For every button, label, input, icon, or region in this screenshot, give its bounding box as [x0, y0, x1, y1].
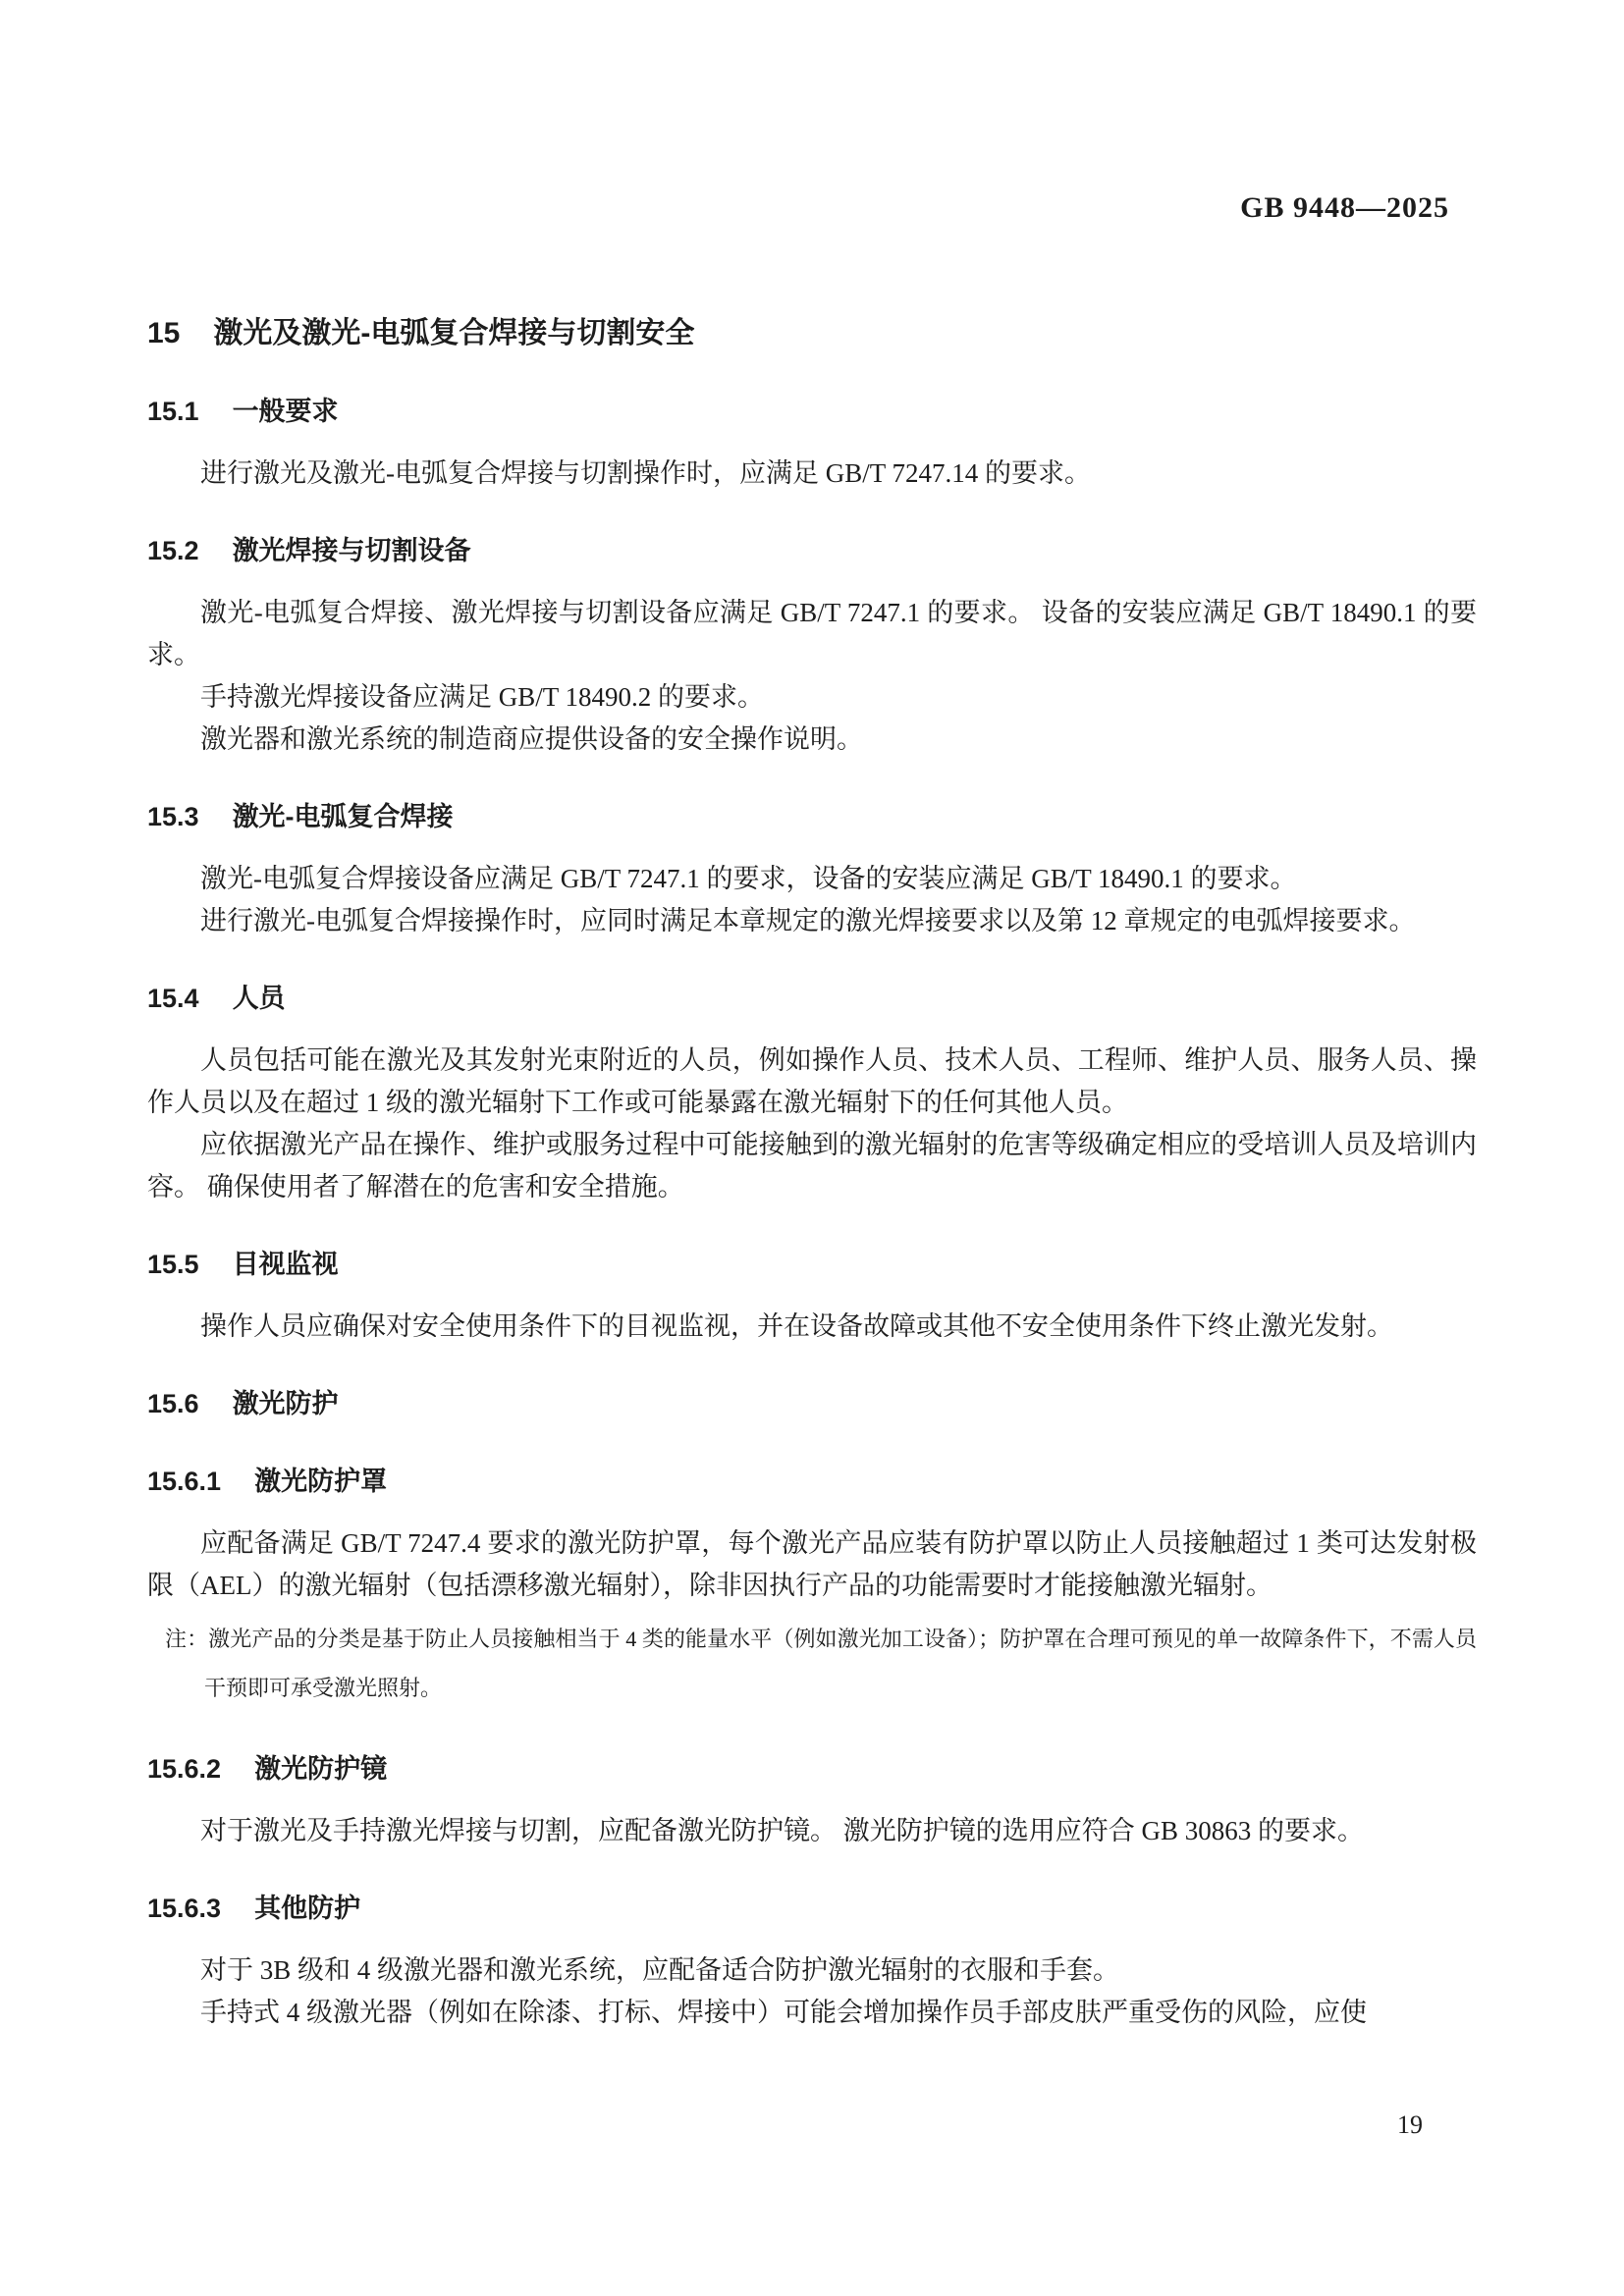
- section-15-6-2: 15.6.2激光防护镜 对于激光及手持激光焊接与切割，应配备激光防护镜。 激光防…: [147, 1748, 1477, 1852]
- section-heading: 15.5目视监视: [147, 1244, 1477, 1286]
- section-heading: 15.4人员: [147, 978, 1477, 1020]
- section-number: 15.2: [147, 530, 199, 572]
- section-heading: 15.6.1激光防护罩: [147, 1461, 1477, 1503]
- section-title: 目视监视: [233, 1250, 339, 1279]
- section-title: 激光防护镜: [254, 1754, 387, 1784]
- section-15-4: 15.4人员 人员包括可能在激光及其发射光束附近的人员，例如操作人员、技术人员、…: [147, 978, 1477, 1208]
- section-number: 15.6.2: [147, 1748, 221, 1790]
- section-number: 15.3: [147, 796, 199, 838]
- section-title: 激光防护: [233, 1389, 339, 1418]
- section-15-1: 15.1一般要求 进行激光及激光-电弧复合焊接与切割操作时，应满足 GB/T 7…: [147, 391, 1477, 495]
- section-title: 激光-电弧复合焊接: [233, 802, 454, 831]
- section-15-3: 15.3激光-电弧复合焊接 激光-电弧复合焊接设备应满足 GB/T 7247.1…: [147, 796, 1477, 942]
- section-title: 激光焊接与切割设备: [233, 536, 471, 565]
- page-number: 19: [1397, 2110, 1423, 2140]
- chapter-number: 15: [147, 312, 180, 355]
- section-number: 15.6: [147, 1383, 199, 1425]
- section-number: 15.4: [147, 978, 199, 1020]
- section-title: 一般要求: [233, 397, 339, 426]
- section-number: 15.1: [147, 391, 199, 433]
- document-page: GB 9448—2025 15激光及激光-电弧复合焊接与切割安全 15.1一般要…: [0, 0, 1624, 2296]
- section-number: 15.6.1: [147, 1461, 221, 1503]
- body-paragraph: 应依据激光产品在操作、维护或服务过程中可能接触到的激光辐射的危害等级确定相应的受…: [147, 1124, 1477, 1208]
- body-paragraph: 操作人员应确保对安全使用条件下的目视监视，并在设备故障或其他不安全使用条件下终止…: [147, 1306, 1477, 1348]
- body-paragraph: 人员包括可能在激光及其发射光束附近的人员，例如操作人员、技术人员、工程师、维护人…: [147, 1040, 1477, 1124]
- section-heading: 15.6激光防护: [147, 1383, 1477, 1425]
- body-paragraph: 激光器和激光系统的制造商应提供设备的安全操作说明。: [147, 719, 1477, 761]
- section-number: 15.5: [147, 1244, 199, 1286]
- body-paragraph: 手持式 4 级激光器（例如在除漆、打标、焊接中）可能会增加操作员手部皮肤严重受伤…: [147, 1992, 1477, 2034]
- chapter-heading: 15激光及激光-电弧复合焊接与切割安全: [147, 312, 1477, 355]
- body-paragraph: 手持激光焊接设备应满足 GB/T 18490.2 的要求。: [147, 676, 1477, 719]
- section-number: 15.6.3: [147, 1888, 221, 1930]
- section-heading: 15.6.2激光防护镜: [147, 1748, 1477, 1790]
- note-paragraph: 注：激光产品的分类是基于防止人员接触相当于 4 类的能量水平（例如激光加工设备）…: [147, 1615, 1477, 1713]
- section-heading: 15.3激光-电弧复合焊接: [147, 796, 1477, 838]
- section-heading: 15.6.3其他防护: [147, 1888, 1477, 1930]
- section-15-6-1: 15.6.1激光防护罩 应配备满足 GB/T 7247.4 要求的激光防护罩，每…: [147, 1461, 1477, 1713]
- section-15-6: 15.6激光防护: [147, 1383, 1477, 1425]
- body-paragraph: 对于 3B 级和 4 级激光器和激光系统，应配备适合防护激光辐射的衣服和手套。: [147, 1949, 1477, 1992]
- section-title: 其他防护: [254, 1894, 360, 1923]
- section-15-2: 15.2激光焊接与切割设备 激光-电弧复合焊接、激光焊接与切割设备应满足 GB/…: [147, 530, 1477, 761]
- body-paragraph: 应配备满足 GB/T 7247.4 要求的激光防护罩，每个激光产品应装有防护罩以…: [147, 1522, 1477, 1607]
- body-paragraph: 进行激光-电弧复合焊接操作时，应同时满足本章规定的激光焊接要求以及第 12 章规…: [147, 900, 1477, 942]
- section-heading: 15.1一般要求: [147, 391, 1477, 433]
- standard-number-header: GB 9448—2025: [147, 192, 1477, 224]
- section-heading: 15.2激光焊接与切割设备: [147, 530, 1477, 572]
- body-paragraph: 激光-电弧复合焊接、激光焊接与切割设备应满足 GB/T 7247.1 的要求。 …: [147, 592, 1477, 676]
- section-title: 激光防护罩: [254, 1467, 387, 1496]
- section-title: 人员: [233, 984, 286, 1013]
- body-paragraph: 激光-电弧复合焊接设备应满足 GB/T 7247.1 的要求，设备的安装应满足 …: [147, 858, 1477, 900]
- section-15-5: 15.5目视监视 操作人员应确保对安全使用条件下的目视监视，并在设备故障或其他不…: [147, 1244, 1477, 1348]
- chapter-title: 激光及激光-电弧复合焊接与切割安全: [213, 317, 694, 349]
- body-paragraph: 进行激光及激光-电弧复合焊接与切割操作时，应满足 GB/T 7247.14 的要…: [147, 453, 1477, 495]
- section-15-6-3: 15.6.3其他防护 对于 3B 级和 4 级激光器和激光系统，应配备适合防护激…: [147, 1888, 1477, 2034]
- body-paragraph: 对于激光及手持激光焊接与切割，应配备激光防护镜。 激光防护镜的选用应符合 GB …: [147, 1810, 1477, 1852]
